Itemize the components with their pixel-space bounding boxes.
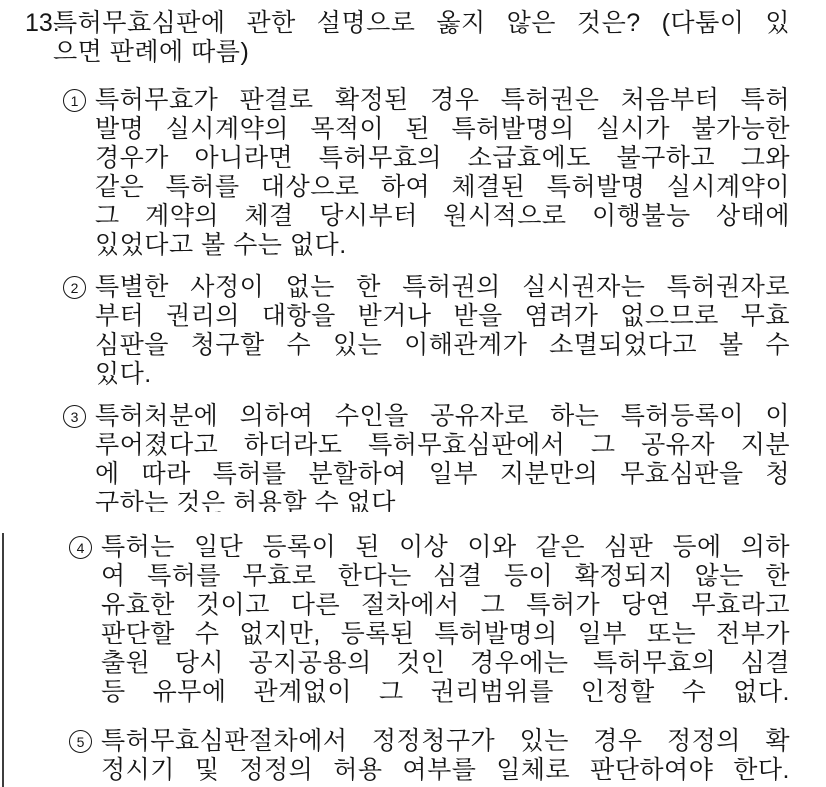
text-line: 정시기 및 정정의 허용 여부를 일체로 판단하여야 한다. (101, 756, 790, 785)
option-number-marker: 4 (69, 536, 92, 559)
option-item: 3특허처분에 의하여 수인을 공유자로 하는 특허등록이 이루어졌다고 하더라도… (63, 402, 790, 512)
text-line: 특허무효심판에 관한 설명으로 옳지 않은 것은? (다툼이 있 (53, 9, 790, 38)
text-line: 특별한 사정이 없는 한 특허권의 실시권자는 특허권자로 (95, 273, 790, 302)
option-item: 1특허무효가 판결로 확정된 경우 특허권은 처음부터 특허발명 실시계약의 목… (63, 86, 790, 260)
text-line: 있다. (95, 360, 790, 389)
option-number-marker: 1 (63, 89, 86, 112)
text-line: 경우가 아니라면 특허무효의 소급효에도 불구하고 그와 (95, 144, 790, 173)
text-line: 그 계약의 체결 당시부터 원시적으로 이행불능 상태에 (95, 202, 790, 231)
text-line: 심판을 청구할 수 있는 이해관계가 소멸되었다고 볼 수 (95, 331, 790, 360)
exam-page: 13. 특허무효심판에 관한 설명으로 옳지 않은 것은? (다툼이 있으면 판… (0, 0, 826, 787)
text-line: 특허는 일단 등록이 된 이상 이와 같은 심판 등에 의하 (101, 533, 790, 562)
text-line: 부터 권리의 대항을 받거나 받을 염려가 없으므로 무효 (95, 302, 790, 331)
text-line: 등 유무에 관계없이 그 권리범위를 인정할 수 없다. (101, 678, 790, 707)
question-block: 13. 특허무효심판에 관한 설명으로 옳지 않은 것은? (다툼이 있으면 판… (25, 9, 790, 67)
option-text: 특허는 일단 등록이 된 이상 이와 같은 심판 등에 의하여 특허를 무효로 … (101, 533, 790, 707)
text-line: 발명 실시계약의 목적이 된 특허발명의 실시가 불가능한 (95, 115, 790, 144)
text-line: 특허무효심판절차에서 정정청구가 있는 경우 정정의 확 (101, 727, 790, 756)
text-line: 구하는 것은 허용할 수 없다 (95, 489, 790, 512)
option-text: 특허무효심판절차에서 정정청구가 있는 경우 정정의 확정시기 및 정정의 허용… (101, 727, 790, 785)
text-line: 루어졌다고 하더라도 특허무효심판에서 그 공유자 지분 (95, 431, 790, 460)
option-item: 5특허무효심판절차에서 정정청구가 있는 경우 정정의 확정시기 및 정정의 허… (69, 727, 790, 785)
options-list: 1특허무효가 판결로 확정된 경우 특허권은 처음부터 특허발명 실시계약의 목… (0, 86, 826, 785)
question-number: 13. (25, 9, 53, 67)
text-line: 특허처분에 의하여 수인을 공유자로 하는 특허등록이 이 (95, 402, 790, 431)
text-line: 같은 특허를 대상으로 하여 체결된 특허발명 실시계약이 (95, 173, 790, 202)
option-item: 2특별한 사정이 없는 한 특허권의 실시권자는 특허권자로부터 권리의 대항을… (63, 273, 790, 389)
option-item: 4특허는 일단 등록이 된 이상 이와 같은 심판 등에 의하여 특허를 무효로… (69, 533, 790, 707)
text-line: 판단할 수 없지만, 등록된 특허발명의 일부 또는 전부가 (101, 620, 790, 649)
option-text: 특별한 사정이 없는 한 특허권의 실시권자는 특허권자로부터 권리의 대항을 … (95, 273, 790, 389)
text-line: 으면 판례에 따름) (53, 38, 790, 67)
option-number-marker: 3 (63, 405, 86, 428)
option-text: 특허처분에 의하여 수인을 공유자로 하는 특허등록이 이루어졌다고 하더라도 … (95, 402, 790, 512)
text-line: 특허무효가 판결로 확정된 경우 특허권은 처음부터 특허 (95, 86, 790, 115)
option-text: 특허무효가 판결로 확정된 경우 특허권은 처음부터 특허발명 실시계약의 목적… (95, 86, 790, 260)
text-line: 여 특허를 무효로 한다는 심결 등이 확정되지 않는 한 (101, 562, 790, 591)
text-line: 유효한 것이고 다른 절차에서 그 특허가 당연 무효라고 (101, 591, 790, 620)
text-line: 에 따라 특허를 분할하여 일부 지분만의 무효심판을 청 (95, 460, 790, 489)
question-text: 특허무효심판에 관한 설명으로 옳지 않은 것은? (다툼이 있으면 판례에 따… (53, 9, 790, 67)
option-number-marker: 5 (69, 730, 92, 753)
text-line: 있었다고 볼 수는 없다. (95, 231, 790, 260)
left-edge-divider (2, 533, 4, 787)
text-line: 출원 당시 공지공용의 것인 경우에는 특허무효의 심결 (101, 649, 790, 678)
option-number-marker: 2 (63, 276, 86, 299)
